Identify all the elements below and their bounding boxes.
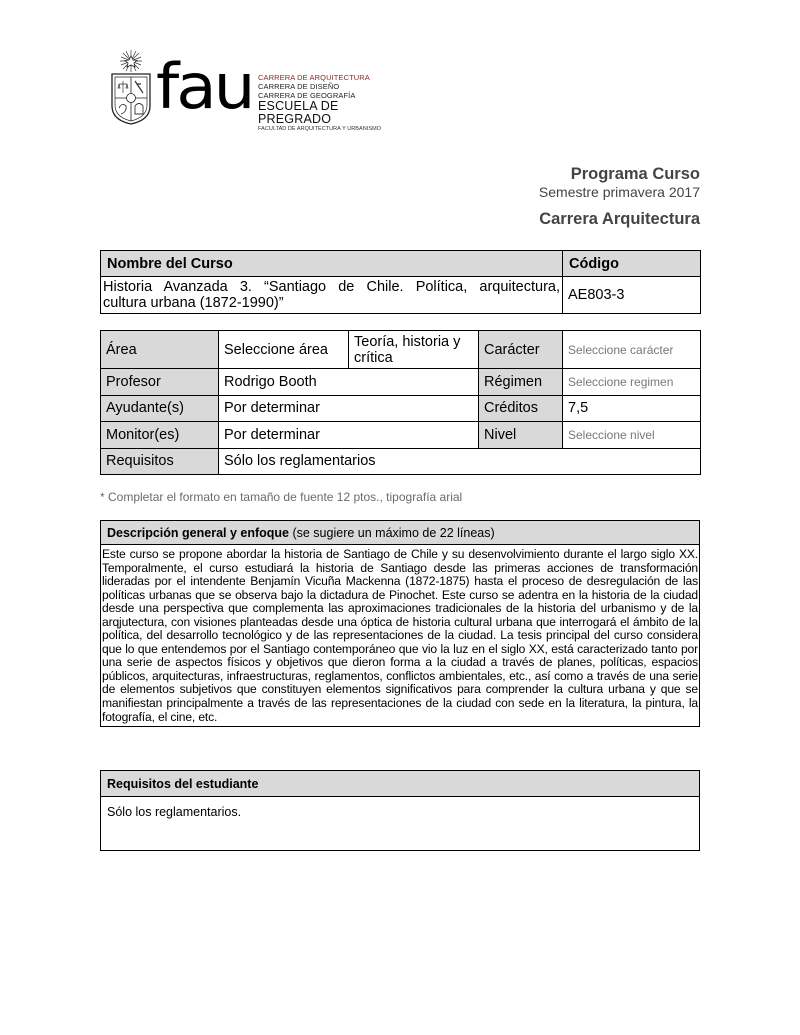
description-header-hint: (se sugiere un máximo de 22 líneas): [289, 526, 495, 540]
fau-logo: fau CARRERA DE ARQUITECTURA CARRERA DE D…: [108, 48, 408, 128]
caracter-label: Carácter: [479, 331, 563, 369]
course-name-value: Historia Avanzada 3. “Santiago de Chile.…: [101, 277, 563, 314]
caracter-select[interactable]: Seleccione carácter: [563, 331, 701, 369]
requisitos-label: Requisitos: [101, 448, 219, 475]
profesor-label: Profesor: [101, 369, 219, 396]
course-code-header: Código: [563, 251, 701, 277]
career-title: Carrera Arquitectura: [539, 209, 700, 229]
course-name-header: Nombre del Curso: [101, 251, 563, 277]
fau-wordmark: fau: [156, 56, 253, 119]
area-label: Área: [101, 331, 219, 369]
ayudante-value: Por determinar: [219, 395, 479, 422]
school-undergraduate: ESCUELA DE PREGRADO: [258, 100, 408, 126]
creditos-label: Créditos: [479, 395, 563, 422]
document-title-block: Programa Curso Semestre primavera 2017 C…: [539, 165, 700, 229]
description-table: Descripción general y enfoque (se sugier…: [100, 520, 700, 727]
student-requirements-text: Sólo los reglamentarios.: [101, 797, 700, 851]
course-name-line-1: Historia Avanzada 3. “Santiago de Chile.…: [103, 279, 560, 295]
regimen-select[interactable]: Seleccione regimen: [563, 369, 701, 396]
school-names: CARRERA DE ARQUITECTURA CARRERA DE DISEÑ…: [258, 73, 408, 132]
course-name-line-2: cultura urbana (1872-1990)”: [103, 295, 560, 311]
nivel-select[interactable]: Seleccione nivel: [563, 422, 701, 449]
student-requirements-header: Requisitos del estudiante: [101, 771, 700, 797]
course-name-table: Nombre del Curso Código Historia Avanzad…: [100, 250, 701, 314]
career-architecture: CARRERA DE ARQUITECTURA: [258, 73, 408, 82]
description-header-bold: Descripción general y enfoque: [107, 526, 289, 540]
regimen-label: Régimen: [479, 369, 563, 396]
course-code-value: AE803-3: [563, 277, 701, 314]
semester-label: Semestre primavera 2017: [539, 184, 700, 201]
course-info-table: Área Seleccione área Teoría, historia y …: [100, 330, 701, 475]
university-crest-icon: [108, 48, 154, 126]
profesor-value: Rodrigo Booth: [219, 369, 479, 396]
monitor-label: Monitor(es): [101, 422, 219, 449]
student-requirements-table: Requisitos del estudiante Sólo los regla…: [100, 770, 700, 851]
description-text: Este curso se propone abordar la histori…: [101, 545, 700, 727]
requisitos-value: Sólo los reglamentarios: [219, 448, 701, 475]
area-select[interactable]: Seleccione área: [219, 331, 349, 369]
ayudante-label: Ayudante(s): [101, 395, 219, 422]
nivel-label: Nivel: [479, 422, 563, 449]
monitor-value: Por determinar: [219, 422, 479, 449]
career-design: CARRERA DE DISEÑO: [258, 82, 408, 91]
page-title: Programa Curso: [539, 165, 700, 184]
faculty-name: FACULTAD DE ARQUITECTURA Y URBANISMO: [258, 126, 408, 132]
description-header: Descripción general y enfoque (se sugier…: [101, 521, 700, 545]
area-extra-value: Teoría, historia y crítica: [349, 331, 479, 369]
creditos-value: 7,5: [563, 395, 701, 422]
format-note: * Completar el formato en tamaño de fuen…: [100, 490, 462, 504]
